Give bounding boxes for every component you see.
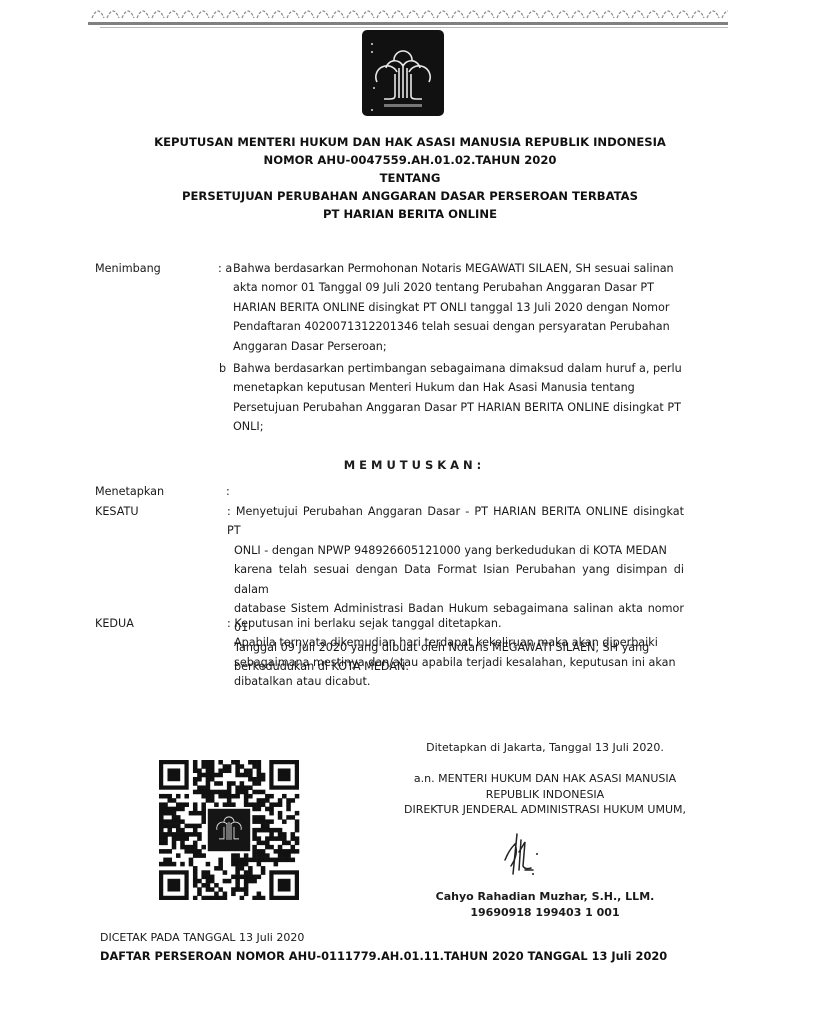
text-line: ONLI - dengan NPWP 948926605121000 yang … (227, 541, 684, 560)
decree-number: NOMOR AHU-0047559.AH.01.02.TAHUN 2020 (120, 151, 700, 169)
text-line: Bahwa berdasarkan Permohonan Notaris MEG… (233, 259, 683, 278)
on-behalf-line: REPUBLIK INDONESIA (380, 787, 710, 803)
qr-code-icon[interactable] (156, 760, 302, 900)
company-name: PT HARIAN BERITA ONLINE (120, 205, 700, 223)
text-line: karena telah sesuai dengan Data Format I… (227, 560, 684, 599)
menimbang-item-a: Bahwa berdasarkan Permohonan Notaris MEG… (233, 259, 683, 356)
signatory-position: DIREKTUR JENDERAL ADMINISTRASI HUKUM UMU… (380, 802, 710, 818)
text-line: Pendaftaran 4020071312201346 telah sesua… (233, 317, 683, 336)
handwritten-signature-icon (495, 830, 555, 880)
kesatu-label: KESATU (95, 505, 139, 518)
company-registry-number: DAFTAR PERSEROAN NOMOR AHU-0111779.AH.01… (100, 949, 667, 963)
signatory-authority: a.n. MENTERI HUKUM DAN HAK ASASI MANUSIA… (380, 771, 710, 818)
text-line: akta nomor 01 Tanggal 09 Juli 2020 tenta… (233, 278, 683, 297)
menimbang-marker-b: b (219, 362, 226, 375)
kedua-label: KEDUA (95, 617, 134, 630)
place-date: Ditetapkan di Jakarta, Tanggal 13 Juli 2… (380, 740, 710, 756)
printed-date: DICETAK PADA TANGGAL 13 Juli 2020 (100, 931, 304, 944)
menetapkan-label: Menetapkan (95, 485, 164, 498)
decree-document: KEPUTUSAN MENTERI HUKUM DAN HAK ASASI MA… (0, 0, 819, 1024)
text-line: Apabila ternyata dikemudian hari terdapa… (227, 633, 684, 652)
text-line: Bahwa berdasarkan pertimbangan sebagaima… (233, 359, 683, 378)
title-line-ministry: KEPUTUSAN MENTERI HUKUM DAN HAK ASASI MA… (120, 133, 700, 151)
text-line: HARIAN BERITA ONLINE disingkat PT ONLI t… (233, 298, 683, 317)
ornamental-border (88, 2, 728, 22)
text-line: menetapkan keputusan Menteri Hukum dan H… (233, 378, 683, 397)
decision-heading: MEMUTUSKAN: (0, 458, 819, 472)
text-line: ONLI; (233, 417, 683, 436)
header-rule-thin (100, 27, 728, 28)
menimbang-item-b: Bahwa berdasarkan pertimbangan sebagaima… (233, 359, 683, 437)
title-subject: PERSETUJUAN PERUBAHAN ANGGARAN DASAR PER… (120, 187, 700, 205)
signatory-name: Cahyo Rahadian Muzhar, S.H., LLM. (380, 889, 710, 905)
signatory-nip: 19690918 199403 1 001 (380, 905, 710, 921)
header-rule (88, 22, 728, 25)
title-about: TENTANG (120, 169, 700, 187)
menimbang-label: Menimbang (95, 262, 161, 275)
decree-title: KEPUTUSAN MENTERI HUKUM DAN HAK ASASI MA… (120, 133, 700, 223)
text-line: : Keputusan ini berlaku sejak tanggal di… (227, 614, 684, 633)
ministry-emblem-icon (362, 30, 444, 116)
signatory: Cahyo Rahadian Muzhar, S.H., LLM. 196909… (380, 889, 710, 920)
text-line: dibatalkan atau dicabut. (227, 672, 684, 691)
on-behalf-line: a.n. MENTERI HUKUM DAN HAK ASASI MANUSIA (380, 771, 710, 787)
menimbang-marker-a: : a (218, 262, 232, 275)
text-line: Anggaran Dasar Perseroan; (233, 337, 683, 356)
menetapkan-colon: : (226, 485, 230, 498)
text-line: sebagaimana mestinya dan/atau apabila te… (227, 653, 684, 672)
text-line: Persetujuan Perubahan Anggaran Dasar PT … (233, 398, 683, 417)
text-line: : Menyetujui Perubahan Anggaran Dasar - … (227, 502, 684, 541)
kedua-content: : Keputusan ini berlaku sejak tanggal di… (227, 614, 684, 692)
